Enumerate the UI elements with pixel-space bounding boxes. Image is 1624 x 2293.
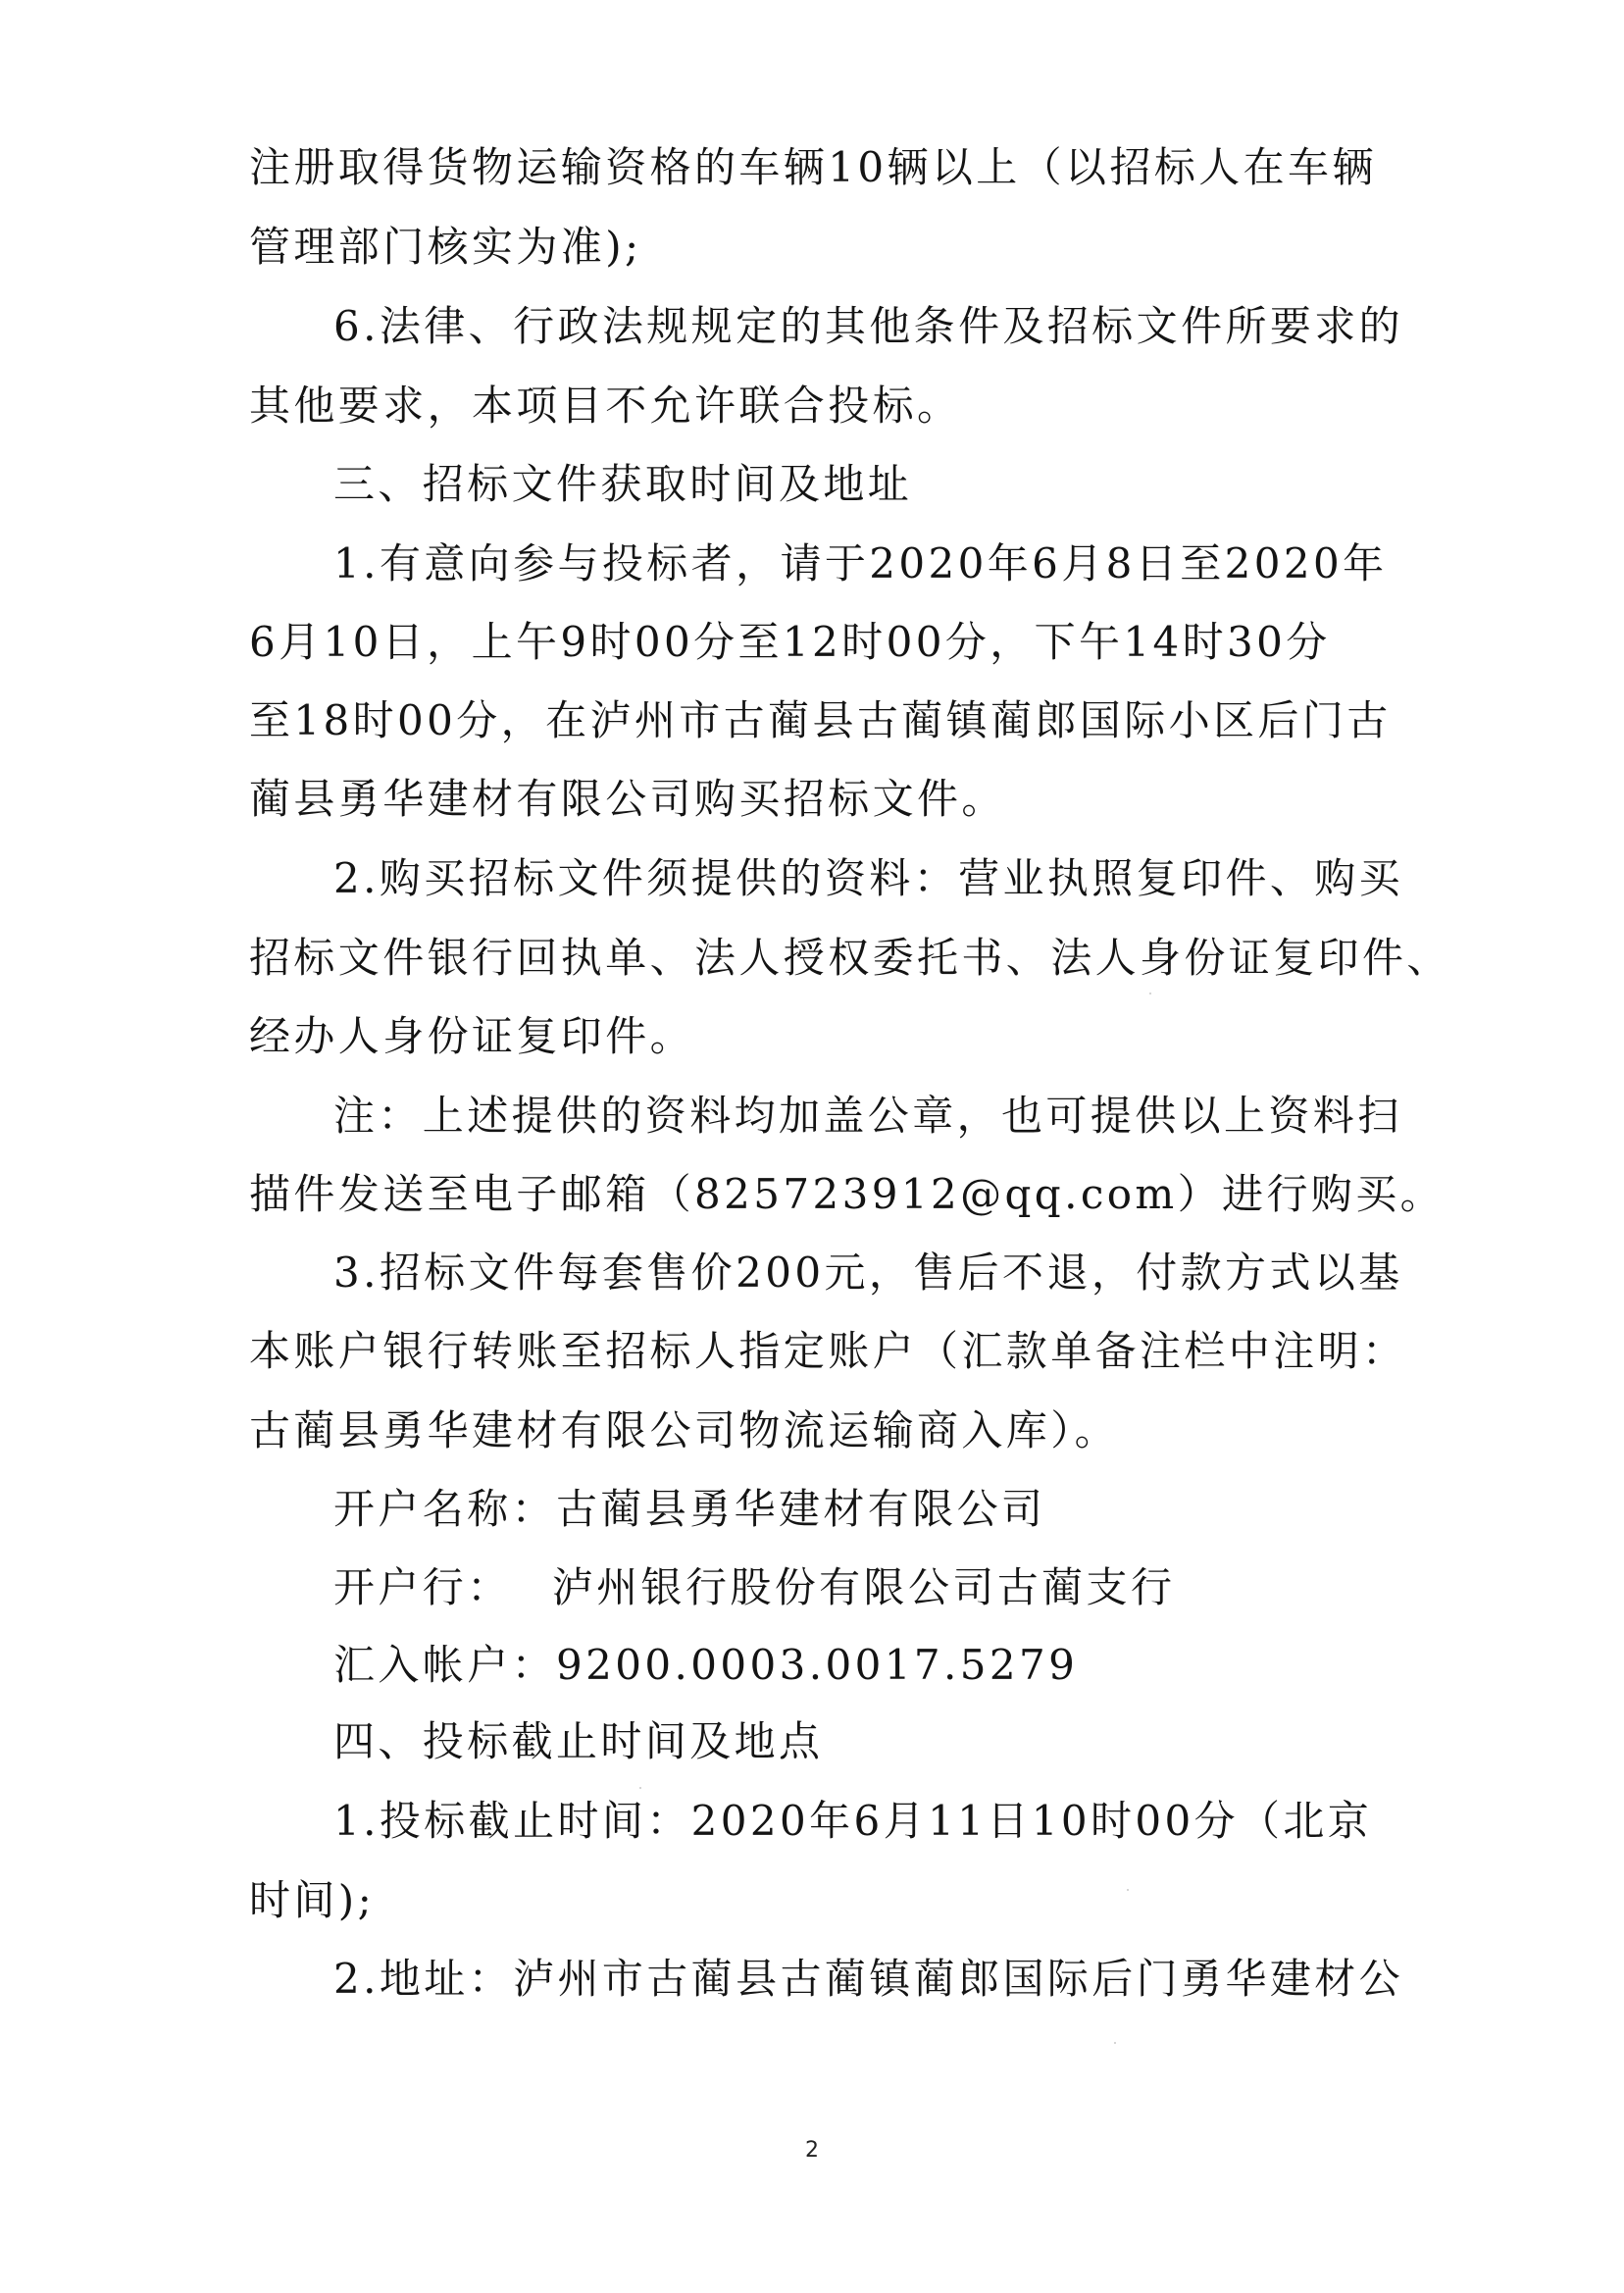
text-line-address-item-2: 2.地址：泸州市古蔺县古蔺镇蔺郎国际后门勇华建材公	[333, 1952, 1387, 2007]
text-line-payment-remark: 古蔺县勇华建材有限公司物流运输商入库）。	[249, 1403, 1387, 1458]
text-line-obtain-company: 蔺县勇华建材有限公司购买招标文件。	[249, 772, 1387, 827]
document-page: 注册取得货物运输资格的车辆10辆以上（以招标人在车辆 管理部门核实为准); 6.…	[0, 0, 1624, 2293]
account-number: 汇入帐户：9200.0003.0017.5279	[333, 1638, 1387, 1693]
text-line-obtain-location: 至18时00分，在泸州市古蔺县古蔺镇蔺郎国际小区后门古	[249, 693, 1387, 748]
scan-speck	[579, 1256, 581, 1258]
text-line-payment-method: 本账户银行转账至招标人指定账户（汇款单备注栏中注明：	[249, 1324, 1387, 1379]
account-name: 开户名称：古蔺县勇华建材有限公司	[333, 1482, 1387, 1537]
text-line-registration-vehicles: 注册取得货物运输资格的车辆10辆以上（以招标人在车辆	[249, 140, 1387, 195]
text-line-item-6-laws: 6.法律、行政法规规定的其他条件及招标文件所要求的	[333, 299, 1387, 354]
account-bank: 开户行： 泸州银行股份有限公司古蔺支行	[333, 1560, 1387, 1615]
text-line-required-docs-end: 经办人身份证复印件。	[249, 1009, 1387, 1064]
text-line-required-docs-list: 招标文件银行回执单、法人授权委托书、法人身份证复印件、	[249, 931, 1387, 986]
scan-speck	[584, 1586, 585, 1588]
page-number: 2	[0, 2138, 1624, 2163]
scan-speck	[639, 1787, 641, 1789]
text-line-deadline-end: 时间);	[249, 1873, 1387, 1928]
text-line-required-docs-item-2: 2.购买招标文件须提供的资料：营业执照复印件、购买	[333, 851, 1387, 906]
text-line-price-item-3: 3.招标文件每套售价200元，售后不退，付款方式以基	[333, 1246, 1387, 1300]
text-line-no-joint-bid: 其他要求，本项目不允许联合投标。	[249, 379, 1387, 433]
section-heading-4: 四、投标截止时间及地点	[333, 1714, 1387, 1769]
text-line-email: 描件发送至电子邮箱（825723912@qq.com）进行购买。	[249, 1167, 1387, 1222]
text-line-obtain-times: 6月10日，上午9时00分至12时00分，下午14时30分	[249, 615, 1387, 670]
scan-speck	[1114, 2042, 1116, 2044]
text-line-note: 注：上述提供的资料均加盖公章，也可提供以上资料扫	[333, 1089, 1387, 1144]
section-heading-3: 三、招标文件获取时间及地址	[333, 457, 1387, 512]
scan-speck	[1127, 1889, 1129, 1891]
text-line-obtain-item-1: 1.有意向参与投标者，请于2020年6月8日至2020年	[333, 536, 1387, 591]
scan-speck	[1149, 993, 1151, 994]
text-line-vehicle-verification: 管理部门核实为准);	[249, 220, 1387, 275]
text-line-deadline-item-1: 1.投标截止时间：2020年6月11日10时00分（北京	[333, 1794, 1387, 1849]
